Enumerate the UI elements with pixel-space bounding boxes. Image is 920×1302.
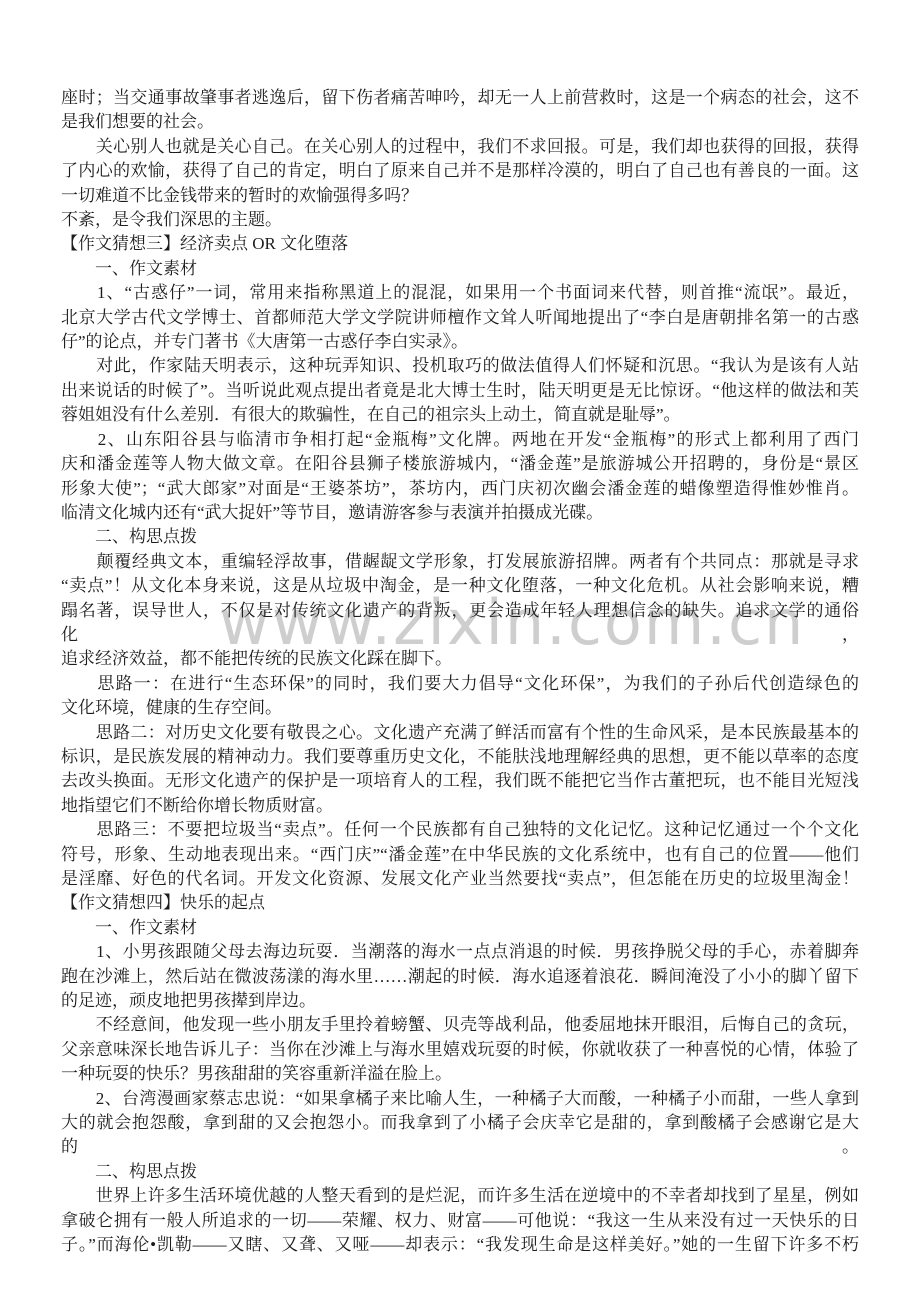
text-line: 去改头换面。无形文化遗产的保护是一项培育人的工程，我们既不能把它当作古董把玩，也… (61, 769, 859, 793)
text-line: 的足迹，顽皮地把男孩撵到岸边。 (61, 989, 859, 1013)
text-line: 2、台湾漫画家蔡志忠说：“如果拿橘子来比喻人生，一种橘子大而酸，一种橘子小而甜，… (61, 1087, 859, 1111)
text-line: 二、构思点拨 (61, 1160, 859, 1184)
text-line: 北京大学古代文学博士、首都师范大学文学院讲师檀作文耸人听闻地提出了“李白是唐朝排… (61, 306, 859, 330)
text-line: 不紊，是令我们深思的主题。 (61, 208, 859, 232)
text-line: 不经意间，他发现一些小朋友手里拎着螃蟹、贝壳等战利品，他委屈地抹开眼泪，后悔自己… (61, 1013, 859, 1037)
text-line: 拿破仑拥有一般人所追求的一切——荣耀、权力、财富——可他说：“我这一生从来没有过… (61, 1209, 859, 1233)
text-line: 地指望它们不断给你增长物质财富。 (61, 794, 859, 818)
text-line: 子。”而海伦•凯勒——又瞎、又聋、又哑——却表示：“我发现生命是这样美好。”她的… (61, 1233, 859, 1257)
text-line: 出来说话的时候了”。当听说此观点提出者竟是北大博士生时，陆天明更是无比惊讶。“他… (61, 379, 859, 403)
text-line: 【作文猜想四】快乐的起点 (61, 891, 859, 915)
text-line: 是淫靡、好色的代名词。开发文化资源、发展文化产业当然要找“卖点”，但怎能在历史的… (61, 867, 859, 891)
text-line: 仔”的论点，并专门著书《大唐第一古惑仔李白实录》。 (61, 330, 859, 354)
text-line: 2、山东阳谷县与临清市争相打起“金瓶梅”文化牌。两地在开发“金瓶梅”的形式上都利… (61, 428, 859, 452)
text-line: 一、作文素材 (61, 916, 859, 940)
document-page: www.zixin.com.cn 座时；当交通事故肇事者逃逸后，留下伤者痛苦呻吟… (0, 0, 920, 1302)
text-line: 临清文化城内还有“武大捉奸”等节目，邀请游客参与表演并拍摄成光碟。 (61, 501, 859, 525)
text-line: 关心别人也就是关心自己。在关心别人的过程中，我们不求回报。可是，我们却也获得的回… (61, 135, 859, 159)
text-line: 座时；当交通事故肇事者逃逸后，留下伤者痛苦呻吟，却无一人上前营救时，这是一个病态… (61, 86, 859, 110)
text-line: 1、小男孩跟随父母去海边玩耍．当潮落的海水一点点消退的时候．男孩挣脱父母的手心，… (61, 940, 859, 964)
text-line: 一种玩耍的快乐？男孩甜甜的笑容重新洋溢在脸上。 (61, 1062, 859, 1086)
text-line: 形象大使”；“武大郎家”对面是“王婆茶坊”，茶坊内，西门庆初次幽会潘金莲的蜡像塑… (61, 477, 859, 501)
text-line: 蹋名著，误导世人，不仅是对传统文化遗产的背叛，更会造成年轻人理想信念的缺失。追求… (61, 599, 859, 648)
text-line: 一切难道不比金钱带来的暂时的欢愉强得多吗？ (61, 184, 859, 208)
text-line: 【作文猜想三】经济卖点 OR 文化堕落 (61, 232, 859, 256)
text-line: 1、“古惑仔”一词，常用来指称黑道上的混混，如果用一个书面词来代替，则首推“流氓… (61, 281, 859, 305)
text-line: 了内心的欢愉，获得了自己的肯定，明白了原来自己并不是那样冷漠的，明白了自己也有善… (61, 159, 859, 183)
text-line: 是我们想要的社会。 (61, 110, 859, 134)
text-line: 追求经济效益，都不能把传统的民族文化踩在脚下。 (61, 647, 859, 671)
text-line: 思路二：对历史文化要有敬畏之心。文化遗产充满了鲜活而富有个性的生命风采，是本民族… (61, 721, 859, 745)
text-line: 文化环境，健康的生存空间。 (61, 696, 859, 720)
text-line: 思路三：不要把垃圾当“卖点”。任何一个民族都有自己独特的文化记忆。这种记忆通过一… (61, 818, 859, 842)
text-line: 二、构思点拨 (61, 525, 859, 549)
text-line: 符号，形象、生动地表现出来。“西门庆”“潘金莲”在中华民族的文化系统中，也有自己… (61, 843, 859, 867)
text-line: 思路一：在进行“生态环保”的同时，我们要大力倡导“文化环保”，为我们的子孙后代创… (61, 672, 859, 696)
text-line: “卖点”！从文化本身来说，这是从垃圾中淘金，是一种文化堕落，一种文化危机。从社会… (61, 574, 859, 598)
text-line: 世界上许多生活环境优越的人整天看到的是烂泥，而许多生活在逆境中的不幸者却找到了星… (61, 1184, 859, 1208)
text-line: 对此，作家陆天明表示，这种玩弄知识、投机取巧的做法值得人们怀疑和沉思。“我认为是… (61, 354, 859, 378)
text-line: 蓉姐姐没有什么差别．有很大的欺骗性，在自己的祖宗头上动土，简直就是耻辱”。 (61, 403, 859, 427)
text-line: 大的就会抱怨酸，拿到甜的又会抱怨小。而我拿到了小橘子会庆幸它是甜的，拿到酸橘子会… (61, 1111, 859, 1160)
text-line: 标识，是民族发展的精神动力。我们要尊重历史文化，不能肤浅地理解经典的思想，更不能… (61, 745, 859, 769)
text-line: 跑在沙滩上，然后站在微波荡漾的海水里……潮起的时候．海水追逐着浪花．瞬间淹没了小… (61, 965, 859, 989)
text-line: 颠覆经典文本，重编轻浮故事，借龌龊文学形象，打发展旅游招牌。两者有个共同点：那就… (61, 550, 859, 574)
text-line: 庆和潘金莲等人物大做文章。在阳谷县狮子楼旅游城内，“潘金莲”是旅游城公开招聘的，… (61, 452, 859, 476)
document-body: 座时；当交通事故肇事者逃逸后，留下伤者痛苦呻吟，却无一人上前营救时，这是一个病态… (61, 86, 859, 1258)
scanned-document: { "page": { "background": "#ffffff", "te… (0, 0, 920, 1302)
text-line: 一、作文素材 (61, 257, 859, 281)
text-line: 父亲意味深长地告诉儿子：当你在沙滩上与海水里嬉戏玩耍的时候，你就收获了一种喜悦的… (61, 1038, 859, 1062)
